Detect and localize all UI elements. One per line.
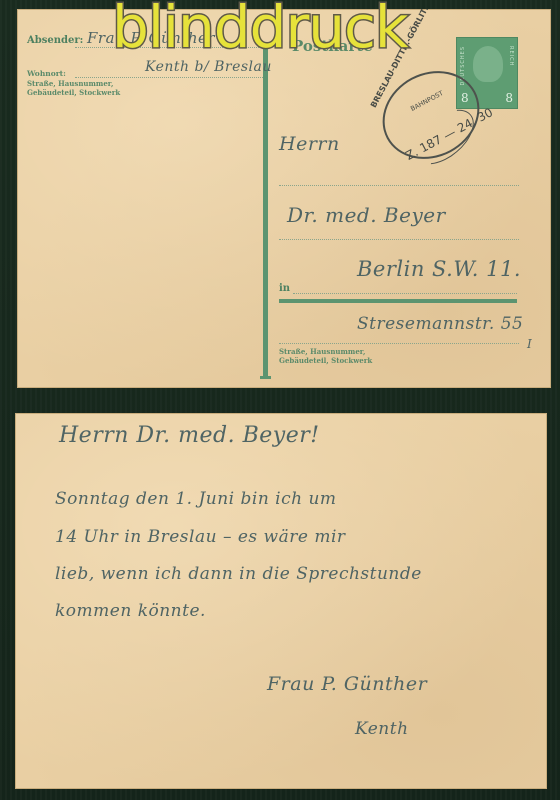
- residence-sub2: Gebäudeteil, Stockwerk: [27, 88, 120, 97]
- residence-label: Wohnort:: [27, 69, 66, 78]
- handwritten-recipient-street: Stresemannstr. 55: [357, 314, 523, 334]
- letter-greeting: Herrn Dr. med. Beyer!: [59, 423, 320, 448]
- divider-foot: [260, 376, 271, 379]
- handwritten-salutation: Herrn: [279, 133, 340, 155]
- handwritten-recipient-name: Dr. med. Beyer: [287, 203, 446, 227]
- sender-label: Absender:: [27, 35, 83, 46]
- recipient-sub1: Straße, Hausnummer,: [279, 347, 365, 356]
- city-dotted-line: [293, 293, 517, 294]
- stamp-value-right: 8: [505, 91, 513, 105]
- stamp-portrait-icon: [473, 46, 503, 82]
- residence-dotted-line: [75, 77, 265, 78]
- letter-line-2: 14 Uhr in Breslau – es wäre mir: [55, 527, 346, 547]
- residence-sub1: Straße, Hausnummer,: [27, 79, 113, 88]
- recipient-line-1: [279, 185, 519, 186]
- letter-signature: Frau P. Günther: [267, 673, 427, 695]
- postcard-front: Absender: Wohnort: Straße, Hausnummer, G…: [17, 9, 551, 388]
- stamp-side-right: REICH: [508, 46, 514, 66]
- street-dotted-line: [279, 343, 519, 344]
- in-label: in: [279, 283, 290, 294]
- letter-signature-place: Kenth: [355, 719, 409, 739]
- postcard-back: Herrn Dr. med. Beyer! Sonntag den 1. Jun…: [15, 413, 547, 789]
- recipient-sub2: Gebäudeteil, Stockwerk: [279, 356, 372, 365]
- handwritten-recipient-city: Berlin S.W. 11.: [357, 257, 521, 281]
- handwritten-sender-place: Kenth b/ Breslau: [145, 59, 272, 75]
- recipient-line-2: [279, 239, 519, 240]
- divider-vertical-line: [263, 49, 268, 379]
- letter-line-4: kommen könnte.: [55, 601, 206, 621]
- letter-line-1: Sonntag den 1. Juni bin ich um: [55, 489, 337, 509]
- letter-line-3: lieb, wenn ich dann in die Sprechstunde: [55, 564, 422, 584]
- blinddruck-watermark: blinddruck: [112, 0, 408, 60]
- handwritten-floor: I: [527, 337, 532, 351]
- city-underline: [279, 299, 517, 303]
